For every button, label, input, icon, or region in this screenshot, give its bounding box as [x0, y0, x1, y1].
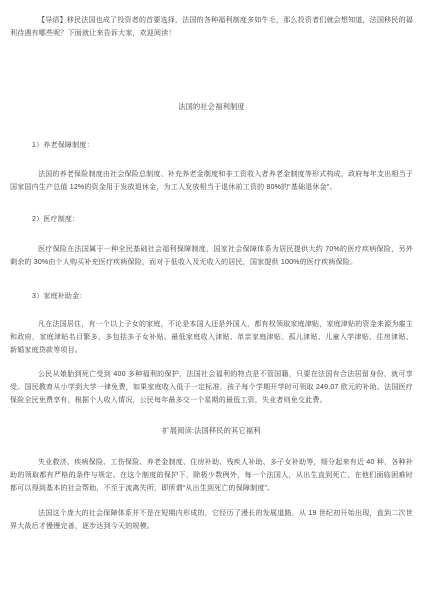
section-heading-pension: 1）养老保障制度： [10, 139, 413, 152]
lead-paragraph: 【导语】移民法国也成了投资者的首要选择，法国的各种福利制度多如牛毛，那么投资者们… [10, 14, 413, 40]
document-page: 【导语】移民法国也成了投资者的首要选择，法国的各种福利制度多如牛毛，那么投资者们… [0, 0, 423, 600]
page-title: 法国的社会福利制度 [10, 100, 413, 113]
section-paragraph-welfare-overview: 公民从娘胎到死亡受到 400 多种福利的保护，法国社会福利的特点是不管国籍，只要… [10, 368, 413, 407]
extended-paragraph-benefit-types: 失业救济、疾病保险、工伤保险、养老金制度、住房补助、残疾人补助、多子女补助等，细… [10, 456, 413, 495]
section-heading-family-allowance: 3）家庭补助金： [10, 290, 413, 303]
extended-reading-title: 扩展阅读:法国移民的其它福利 [10, 424, 413, 437]
section-paragraph-family-allowance: 凡在法国居住，有一个以上子女的家庭，不论是本国人还是外国人，都有权领取家庭津贴，… [10, 318, 413, 357]
section-paragraph-pension: 法国的养老保险制度由社会保险总制度、补充养老金制度和非工资收入者养老金制度等形式… [10, 168, 413, 194]
section-paragraph-medical: 医疗保险在法国属于一种全民基础社会福利保障制度，国家社会保障体系为居民提供大约 … [10, 243, 413, 269]
section-heading-medical: 2）医疗制度： [10, 213, 413, 226]
extended-paragraph-history: 法国这个庞大的社会保障体系并不是在短期内形成的，它经历了漫长的发展道路，从 19… [10, 507, 413, 533]
